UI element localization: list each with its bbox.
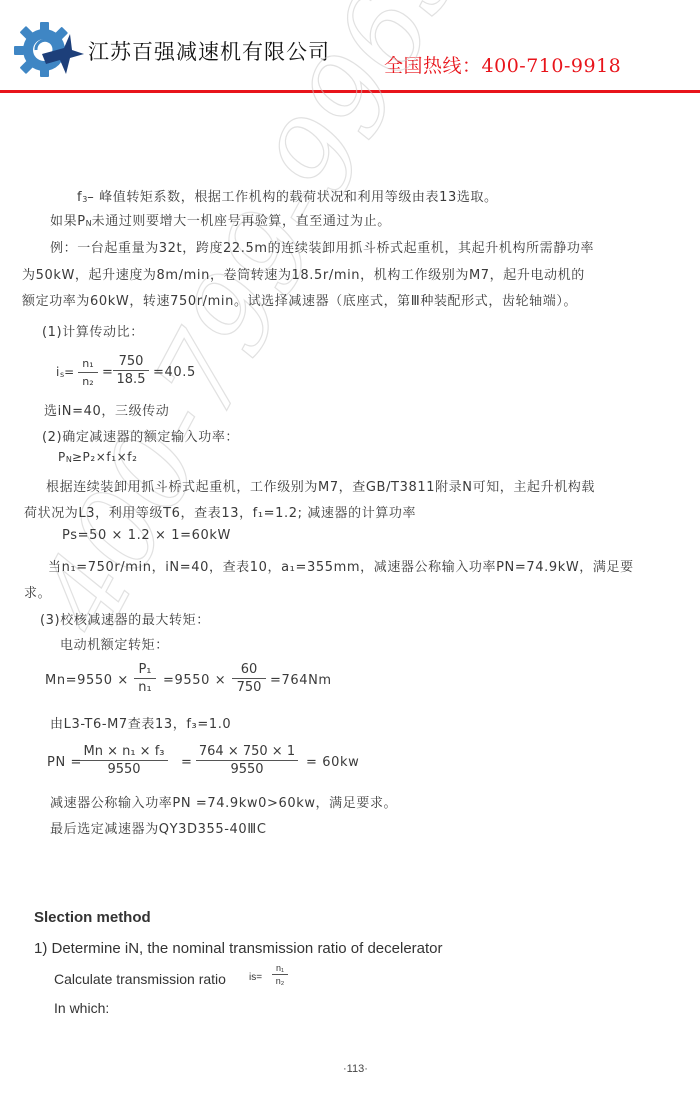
- step3-title: (3)校核减速器的最大转矩：: [40, 609, 210, 628]
- text-line-basis-2: 荷状况为L3，利用等级T6，查表13，f₁=1.2; 减速器的计算功率: [24, 502, 416, 521]
- text: 如果P: [50, 214, 86, 229]
- fraction-mn-n1-f3: Mn × n₁ × f₃ 9550: [80, 744, 168, 778]
- english-item-1: 1) Determine iN, the nominal transmissio…: [34, 940, 443, 957]
- text-line-final-selection: 最后选定减速器为QY3D355-40ⅢC: [50, 818, 267, 837]
- example-line-3: 额定功率为60kW，转速750r/min。试选择减速器（底座式，第Ⅲ种装配形式，…: [22, 290, 577, 309]
- english-in-which: In which:: [54, 1000, 109, 1016]
- text-line-when-1: 当n₁=750r/min，iN=40，查表10，a₁=355mm，减速器公称输入…: [48, 556, 634, 575]
- hotline-label: 全国热线：: [384, 55, 482, 77]
- fraction-n1-n2: n₁ n₂: [78, 356, 98, 390]
- english-fraction-n1-n2: n₁ n₂: [272, 962, 288, 988]
- var: P: [58, 450, 66, 464]
- eq4-mid: =9550 ×: [163, 673, 226, 688]
- text-line-f3-lookup: 由L3-T6-M7查表13，f₃=1.0: [50, 713, 231, 732]
- numerator: n₁: [78, 356, 98, 373]
- numerator: 60: [232, 662, 266, 679]
- text: ≥P₂×f₁×f₂: [72, 450, 138, 464]
- denominator: 750: [232, 679, 266, 696]
- fraction-764-750-1: 764 × 750 × 1 9550: [196, 744, 298, 778]
- eq4-result: =764Nm: [270, 673, 332, 688]
- eq1-result: =40.5: [153, 365, 196, 380]
- hotline-number: 400-710-9918: [482, 55, 622, 77]
- english-calc-lhs: is=: [249, 972, 262, 983]
- text-line-when-2: 求。: [24, 582, 51, 601]
- numerator: 750: [113, 354, 149, 371]
- eq5-lhs: PN =: [47, 755, 82, 770]
- step2-title: (2)确定减速器的额定输入功率：: [42, 426, 239, 445]
- header-divider: [0, 90, 700, 93]
- fraction-750-18.5: 750 18.5: [113, 354, 149, 388]
- eq2-inequality: PN≥P₂×f₁×f₂: [58, 450, 138, 464]
- motor-torque-title: 电动机额定转矩：: [60, 634, 169, 653]
- select-in-line: 选iN=40，三级传动: [44, 400, 169, 419]
- denominator: n₂: [78, 373, 98, 390]
- denominator: 9550: [80, 761, 168, 778]
- step1-title: (1)计算传动比：: [42, 321, 144, 340]
- fraction-60-750: 60 750: [232, 662, 266, 696]
- text: 未通过则要增大一机座号再验算，直至通过为止。: [92, 214, 391, 229]
- denominator: n₂: [272, 975, 288, 988]
- text-line-f3: f3– 峰值转矩系数，根据工作机构的载荷状况和利用等级由表13选取。: [77, 186, 498, 205]
- numerator: Mn × n₁ × f₃: [80, 744, 168, 761]
- example-line-1: 例：一台起重量为32t，跨度22.5m的连续装卸用抓斗桥式起重机，其起升机构所需…: [50, 237, 594, 256]
- text: – 峰值转矩系数，根据工作机构的载荷状况和利用等级由表13选取。: [87, 190, 497, 205]
- eq4-lhs: Mn=9550 ×: [45, 673, 129, 688]
- company-name: 江苏百强减速机有限公司: [88, 36, 330, 66]
- numerator: 764 × 750 × 1: [196, 744, 298, 761]
- denominator: 18.5: [113, 371, 149, 388]
- eq3-calc-power: Ps=50 × 1.2 × 1=60kW: [62, 528, 231, 543]
- page-header: 江苏百强减速机有限公司 全国热线：400-710-9918: [0, 0, 700, 92]
- page-number: ·113·: [343, 1063, 368, 1075]
- company-logo-gear-star-icon: [12, 20, 84, 78]
- eq1-lhs: is=: [56, 365, 75, 379]
- hotline: 全国热线：400-710-9918: [384, 51, 621, 78]
- fraction-p1-n1: P₁ n₁: [134, 662, 156, 696]
- numerator: P₁: [134, 662, 156, 679]
- section-heading-selection-method: Slection method: [34, 909, 151, 926]
- text-line-conclusion: 减速器公称输入功率PN =74.9kw0>60kw，满足要求。: [50, 792, 397, 811]
- eq5-result: = 60kw: [306, 755, 359, 770]
- equals: =: [102, 365, 114, 380]
- text-line-basis-1: 根据连续装卸用抓斗桥式起重机，工作级别为M7，查GB/T3811附录N可知，主起…: [46, 476, 595, 495]
- example-line-2: 为50kW，起升速度为8m/min，卷筒转速为18.5r/min，机构工作级别为…: [22, 264, 585, 283]
- numerator: n₁: [272, 962, 288, 975]
- text-line-pn-check: 如果PN未通过则要增大一机座号再验算，直至通过为止。: [50, 210, 391, 229]
- english-calc-label: Calculate transmission ratio: [54, 971, 226, 987]
- eq5-mid: =: [181, 755, 193, 770]
- equals: =: [64, 365, 75, 379]
- denominator: n₁: [134, 679, 156, 696]
- denominator: 9550: [196, 761, 298, 778]
